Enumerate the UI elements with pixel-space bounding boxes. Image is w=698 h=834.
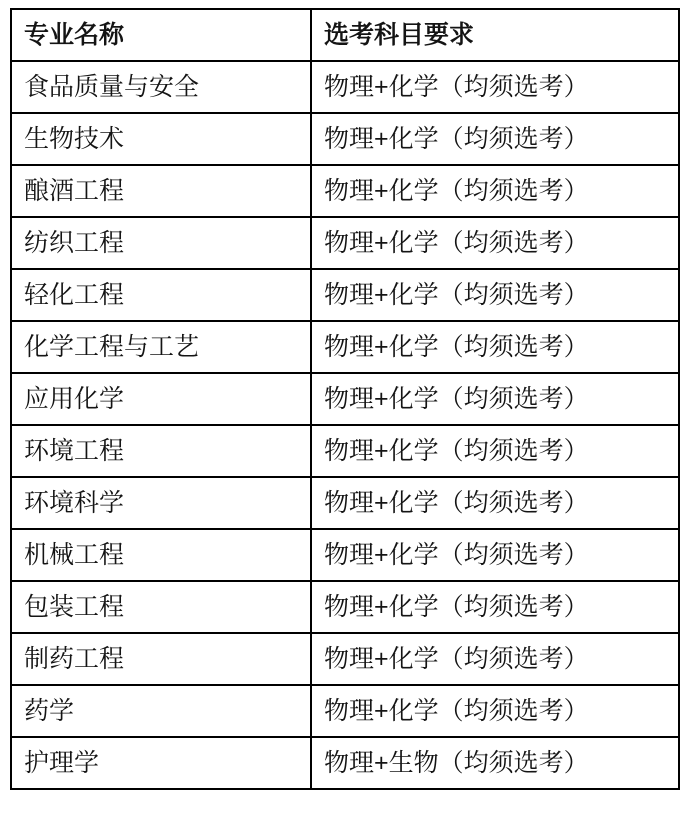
table-row: 轻化工程 物理+化学（均须选考） — [11, 269, 679, 321]
subject-requirement-cell: 物理+化学（均须选考） — [311, 113, 679, 165]
subject-requirement-cell: 物理+化学（均须选考） — [311, 165, 679, 217]
table-row: 食品质量与安全 物理+化学（均须选考） — [11, 61, 679, 113]
major-name-header: 专业名称 — [11, 9, 311, 61]
page: 专业名称 选考科目要求 食品质量与安全 物理+化学（均须选考） 生物技术 物理+… — [0, 0, 698, 834]
table-row: 护理学 物理+生物（均须选考） — [11, 737, 679, 789]
subject-requirement-cell: 物理+化学（均须选考） — [311, 269, 679, 321]
table-row: 酿酒工程 物理+化学（均须选考） — [11, 165, 679, 217]
table-row: 化学工程与工艺 物理+化学（均须选考） — [11, 321, 679, 373]
subject-requirement-cell: 物理+化学（均须选考） — [311, 373, 679, 425]
major-name-cell: 包装工程 — [11, 581, 311, 633]
major-name-cell: 机械工程 — [11, 529, 311, 581]
subject-requirement-header: 选考科目要求 — [311, 9, 679, 61]
major-name-cell: 化学工程与工艺 — [11, 321, 311, 373]
subject-requirement-cell: 物理+化学（均须选考） — [311, 217, 679, 269]
major-name-cell: 食品质量与安全 — [11, 61, 311, 113]
major-name-cell: 应用化学 — [11, 373, 311, 425]
subject-requirement-cell: 物理+化学（均须选考） — [311, 529, 679, 581]
subject-requirement-cell: 物理+化学（均须选考） — [311, 633, 679, 685]
major-name-cell: 纺织工程 — [11, 217, 311, 269]
table-row: 环境科学 物理+化学（均须选考） — [11, 477, 679, 529]
major-name-cell: 酿酒工程 — [11, 165, 311, 217]
major-name-cell: 轻化工程 — [11, 269, 311, 321]
table-row: 机械工程 物理+化学（均须选考） — [11, 529, 679, 581]
table-row: 纺织工程 物理+化学（均须选考） — [11, 217, 679, 269]
subject-requirement-cell: 物理+化学（均须选考） — [311, 321, 679, 373]
subject-requirement-cell: 物理+化学（均须选考） — [311, 581, 679, 633]
table-row: 包装工程 物理+化学（均须选考） — [11, 581, 679, 633]
major-name-cell: 生物技术 — [11, 113, 311, 165]
table-row: 制药工程 物理+化学（均须选考） — [11, 633, 679, 685]
major-name-cell: 制药工程 — [11, 633, 311, 685]
subject-requirement-cell: 物理+化学（均须选考） — [311, 425, 679, 477]
major-name-cell: 环境工程 — [11, 425, 311, 477]
major-name-cell: 护理学 — [11, 737, 311, 789]
table-row: 环境工程 物理+化学（均须选考） — [11, 425, 679, 477]
subject-requirements-table: 专业名称 选考科目要求 食品质量与安全 物理+化学（均须选考） 生物技术 物理+… — [10, 8, 680, 790]
subject-requirement-cell: 物理+生物（均须选考） — [311, 737, 679, 789]
table-row: 药学 物理+化学（均须选考） — [11, 685, 679, 737]
subject-requirement-cell: 物理+化学（均须选考） — [311, 477, 679, 529]
major-name-cell: 环境科学 — [11, 477, 311, 529]
major-name-cell: 药学 — [11, 685, 311, 737]
table-row: 生物技术 物理+化学（均须选考） — [11, 113, 679, 165]
subject-requirement-cell: 物理+化学（均须选考） — [311, 685, 679, 737]
subject-requirement-cell: 物理+化学（均须选考） — [311, 61, 679, 113]
table-header-row: 专业名称 选考科目要求 — [11, 9, 679, 61]
table-row: 应用化学 物理+化学（均须选考） — [11, 373, 679, 425]
